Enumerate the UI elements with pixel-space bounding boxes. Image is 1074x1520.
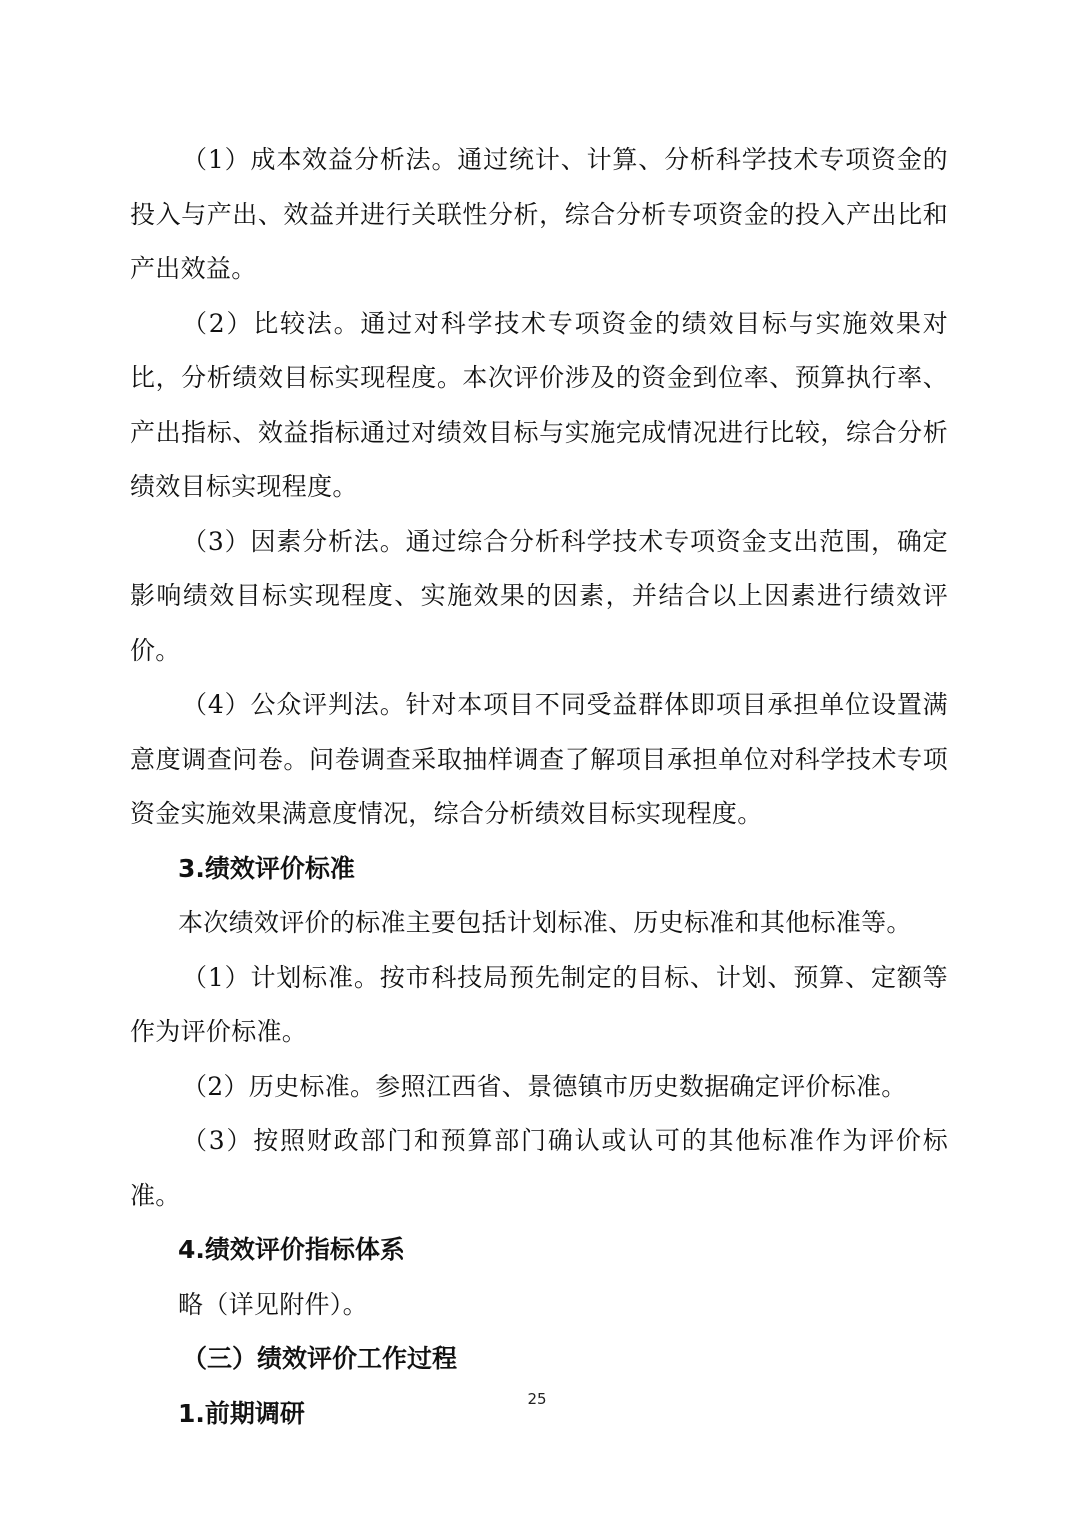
paragraph-standards-intro: 本次绩效评价的标准主要包括计划标准、历史标准和其他标准等。 bbox=[130, 896, 948, 951]
document-page: （1）成本效益分析法。通过统计、计算、分析科学技术专项资金的投入与产出、效益并进… bbox=[0, 0, 1074, 1520]
paragraph-plan-standard: （1）计划标准。按市科技局预先制定的目标、计划、预算、定额等作为评价标准。 bbox=[130, 951, 948, 1060]
paragraph-cost-benefit-method: （1）成本效益分析法。通过统计、计算、分析科学技术专项资金的投入与产出、效益并进… bbox=[130, 133, 948, 297]
paragraph-historical-standard: （2）历史标准。参照江西省、景德镇市历史数据确定评价标准。 bbox=[130, 1060, 948, 1115]
heading-evaluation-standards: 3.绩效评价标准 bbox=[130, 842, 948, 897]
paragraph-see-appendix: 略（详见附件）。 bbox=[130, 1278, 948, 1333]
document-body: （1）成本效益分析法。通过统计、计算、分析科学技术专项资金的投入与产出、效益并进… bbox=[130, 133, 948, 1441]
paragraph-comparison-method: （2）比较法。通过对科学技术专项资金的绩效目标与实施效果对比，分析绩效目标实现程… bbox=[130, 297, 948, 515]
heading-indicator-system: 4.绩效评价指标体系 bbox=[130, 1223, 948, 1278]
paragraph-other-standard: （3）按照财政部门和预算部门确认或认可的其他标准作为评价标准。 bbox=[130, 1114, 948, 1223]
heading-evaluation-process: （三）绩效评价工作过程 bbox=[130, 1332, 948, 1387]
page-number: 25 bbox=[0, 1390, 1074, 1408]
paragraph-public-evaluation-method: （4）公众评判法。针对本项目不同受益群体即项目承担单位设置满意度调查问卷。问卷调… bbox=[130, 678, 948, 842]
paragraph-factor-analysis-method: （3）因素分析法。通过综合分析科学技术专项资金支出范围，确定影响绩效目标实现程度… bbox=[130, 515, 948, 679]
